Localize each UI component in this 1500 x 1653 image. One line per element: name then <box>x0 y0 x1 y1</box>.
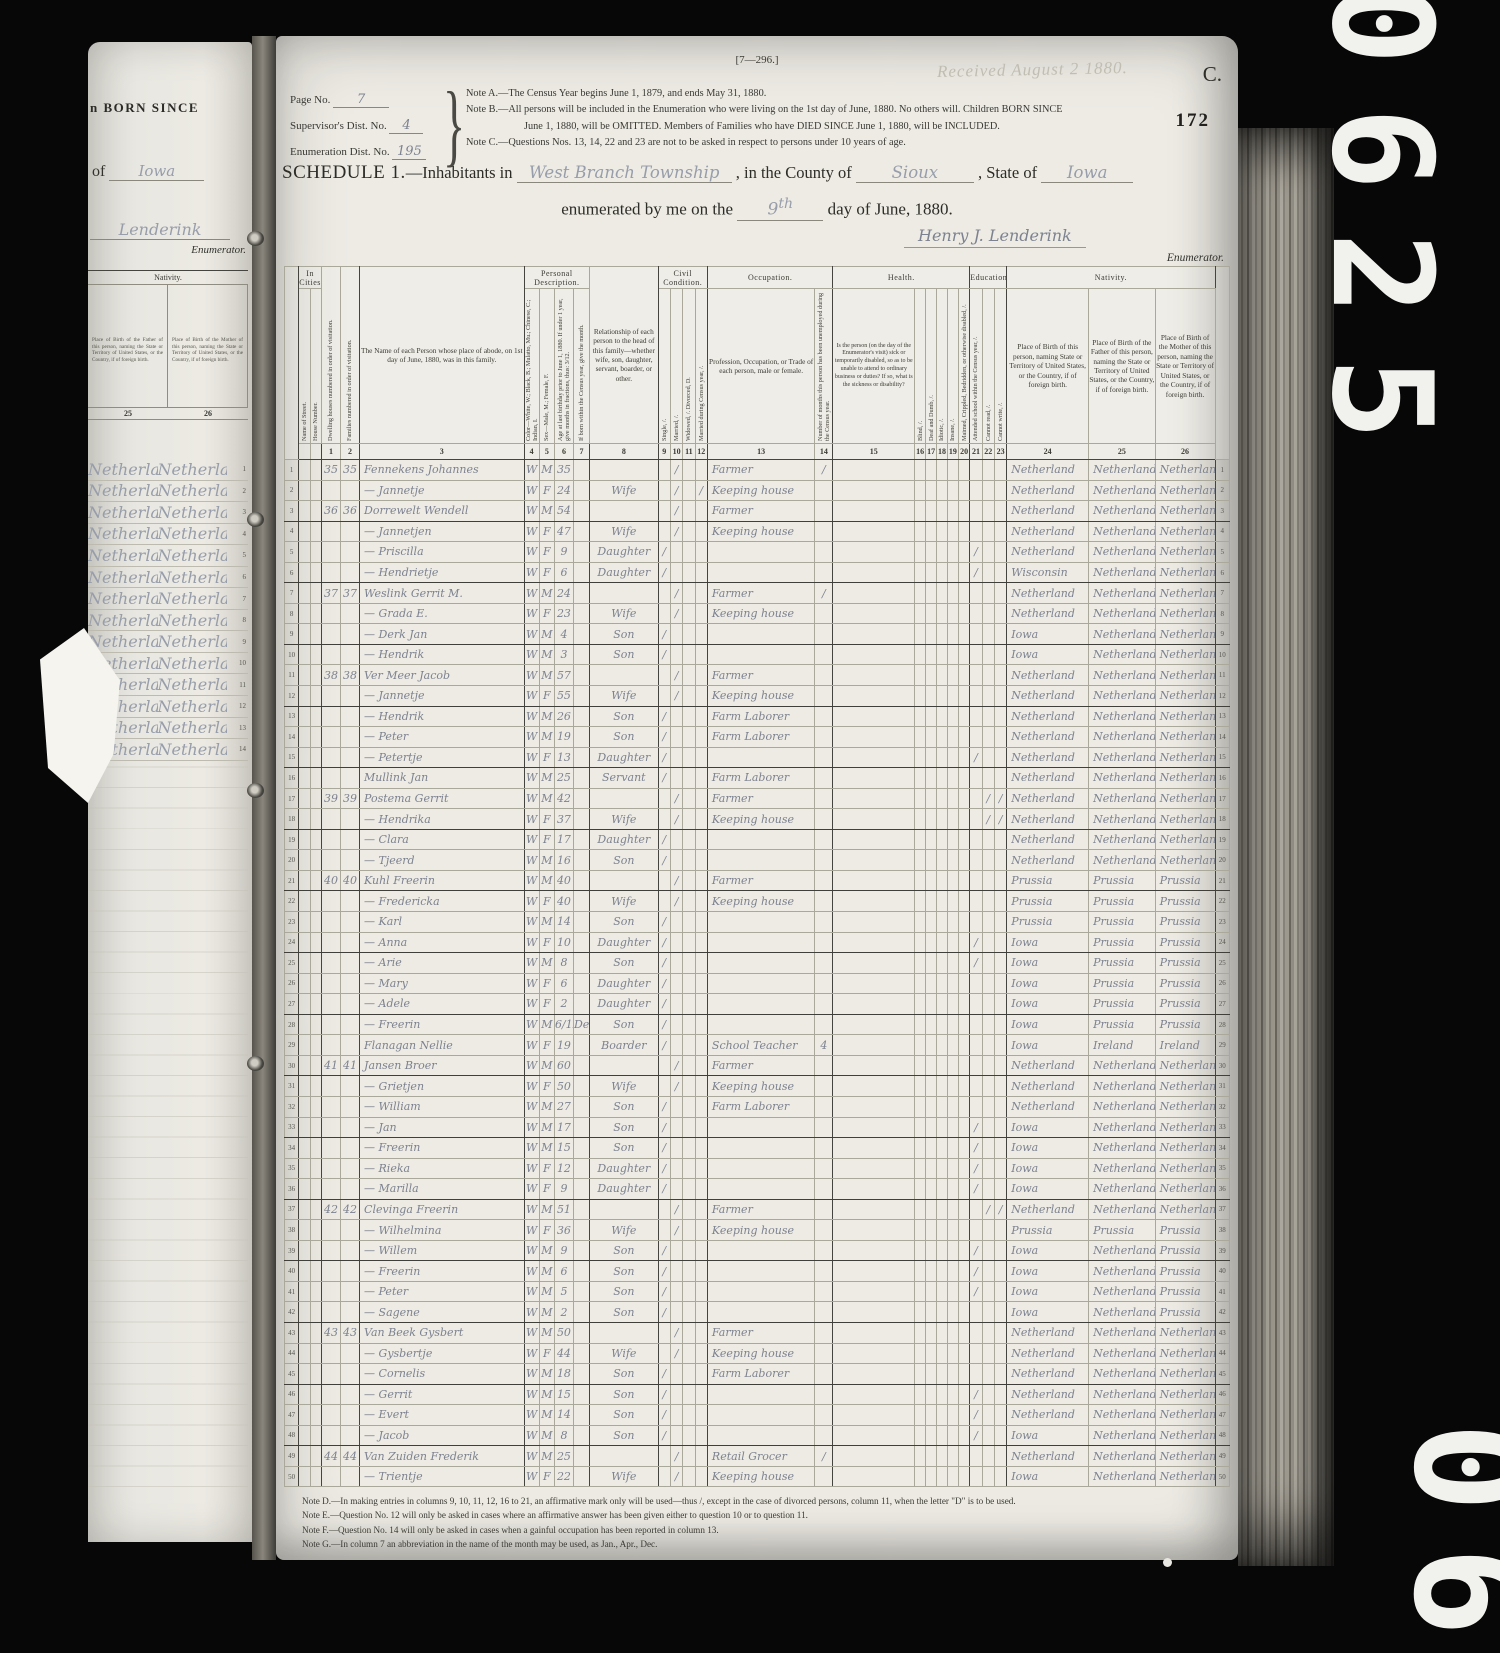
cell-rel: Son <box>590 1405 658 1426</box>
cell-natf: Netherland <box>1089 460 1156 481</box>
cell-c12 <box>695 501 707 522</box>
cell-natf: Netherland <box>1089 562 1156 583</box>
cell-c20 <box>958 1364 969 1385</box>
cell-natm: Netherland <box>1155 1096 1215 1117</box>
cell-sex: M <box>539 1117 554 1138</box>
cell-age: 16 <box>554 850 573 871</box>
cell-st <box>299 1240 310 1261</box>
cell-natm: Netherland <box>1155 1466 1215 1487</box>
cell-no: 27 <box>285 994 299 1015</box>
cell-dw <box>322 809 341 830</box>
cell-c18 <box>937 1055 948 1076</box>
cell-c14 <box>815 1384 833 1405</box>
cell-name: Weslink Gerrit M. <box>360 583 525 604</box>
cell-natf: Prussia <box>1089 1014 1156 1035</box>
cell-mo <box>573 870 589 891</box>
cell-nat: Netherland <box>1007 665 1089 686</box>
col23-header: Cannot write, /. <box>994 289 1006 444</box>
cell-fam <box>341 1261 360 1282</box>
cell-c10: / <box>670 480 682 501</box>
cell-c11 <box>683 1138 695 1159</box>
cell-mo <box>573 1466 589 1487</box>
cell-rel: Son <box>590 1096 658 1117</box>
cell-occ <box>707 1281 814 1302</box>
cell-c23 <box>994 1014 1006 1035</box>
cell-c22: / <box>982 788 994 809</box>
cell-c10: / <box>670 686 682 707</box>
cell-c18 <box>937 1466 948 1487</box>
cell-c23: / <box>994 1199 1006 1220</box>
cell-c14: / <box>815 583 833 604</box>
cell-c15 <box>833 1261 915 1282</box>
cell-c16 <box>915 1179 926 1200</box>
table-row: 6— HendrietjeWF6Daughter//WisconsinNethe… <box>285 562 1230 583</box>
cell-occ <box>707 1179 814 1200</box>
cell-c19 <box>947 1425 958 1446</box>
cell-c11 <box>683 1446 695 1467</box>
cell-c12 <box>695 1179 707 1200</box>
cell-c14 <box>815 1179 833 1200</box>
cell-rel: Wife <box>590 1220 658 1241</box>
row-number: 5 <box>227 551 248 559</box>
table-row: 18— HendrikaWF37Wife/Keeping house//Neth… <box>285 809 1230 830</box>
cell-c15 <box>833 1158 915 1179</box>
cell-nat: Iowa <box>1007 1425 1089 1446</box>
cell-c18 <box>937 1364 948 1385</box>
cell-c17 <box>926 1364 937 1385</box>
cell-c14 <box>815 480 833 501</box>
cell-age: 23 <box>554 603 573 624</box>
cell-c19 <box>947 542 958 563</box>
cell-no2: 29 <box>1215 1035 1230 1056</box>
cell-c22 <box>982 973 994 994</box>
cell-no: 39 <box>285 1240 299 1261</box>
cell-c10 <box>670 1014 682 1035</box>
cell-col: W <box>524 665 539 686</box>
cell-c12 <box>695 1322 707 1343</box>
cell-c21 <box>970 768 982 789</box>
cell-mo <box>573 1035 589 1056</box>
cell-age: 12 <box>554 1158 573 1179</box>
table-row: 45— CornelisWM18Son/Farm LaborerNetherla… <box>285 1364 1230 1385</box>
cell-no: 5 <box>285 542 299 563</box>
cell-age: 4 <box>554 624 573 645</box>
cell-col: W <box>524 1405 539 1426</box>
cell-c21 <box>970 1343 982 1364</box>
cell-age: 17 <box>554 829 573 850</box>
cell-age: 17 <box>554 1117 573 1138</box>
cell-c21: / <box>970 1240 982 1261</box>
cell-c19 <box>947 1055 958 1076</box>
cell-c15 <box>833 665 915 686</box>
cell-c14 <box>815 870 833 891</box>
cell-sex: M <box>539 1240 554 1261</box>
letter-c-stamp: C. <box>1203 62 1222 87</box>
cell-c16 <box>915 768 926 789</box>
cell-c11 <box>683 1322 695 1343</box>
cell-rel: Son <box>590 1261 658 1282</box>
group-health: Health. <box>833 267 970 289</box>
cell-c21 <box>970 912 982 933</box>
cell-c16 <box>915 788 926 809</box>
cell-c9 <box>658 501 670 522</box>
cell-c17 <box>926 480 937 501</box>
cell-age: 15 <box>554 1384 573 1405</box>
cell-c23 <box>994 932 1006 953</box>
cell-c9: / <box>658 973 670 994</box>
cell-hn <box>310 768 321 789</box>
cell-sex: F <box>539 829 554 850</box>
cell-c17 <box>926 973 937 994</box>
cell-c15 <box>833 1302 915 1323</box>
cell-rel: Daughter <box>590 747 658 768</box>
cell-c20 <box>958 1035 969 1056</box>
cell-c22 <box>982 665 994 686</box>
cell-c18 <box>937 1261 948 1282</box>
cell-nat: Iowa <box>1007 973 1089 994</box>
previous-page-fragment: n BORN SINCE of Iowa Lenderink Enumerato… <box>88 42 252 1542</box>
cell-c15 <box>833 1055 915 1076</box>
cell-c11 <box>683 912 695 933</box>
cell-rel: Wife <box>590 480 658 501</box>
cell-c9 <box>658 891 670 912</box>
cell-c17 <box>926 501 937 522</box>
cell-c12 <box>695 932 707 953</box>
cell-dw <box>322 1014 341 1035</box>
cell-natm: Prussia <box>1155 953 1215 974</box>
cell-c18 <box>937 870 948 891</box>
cell-col: W <box>524 1425 539 1446</box>
cell-father-birthplace: Netherland <box>88 568 158 587</box>
cell-c21 <box>970 994 982 1015</box>
cell-occ <box>707 1384 814 1405</box>
census-table-header: In Cities. Dwelling houses numbered in o… <box>285 267 1230 460</box>
cell-c22 <box>982 1446 994 1467</box>
cell-name: Van Zuiden Frederik <box>360 1446 525 1467</box>
cell-c15 <box>833 1240 915 1261</box>
cell-no: 46 <box>285 1384 299 1405</box>
cell-col: W <box>524 912 539 933</box>
cell-occ <box>707 624 814 645</box>
cell-c22 <box>982 1138 994 1159</box>
cell-c16 <box>915 953 926 974</box>
cell-c23 <box>994 501 1006 522</box>
cell-col: W <box>524 829 539 850</box>
cell-dw <box>322 603 341 624</box>
cell-c11 <box>683 973 695 994</box>
cell-sex: M <box>539 1425 554 1446</box>
cell-c9 <box>658 665 670 686</box>
cell-c18 <box>937 1014 948 1035</box>
cell-no2: 28 <box>1215 1014 1230 1035</box>
cell-hn <box>310 912 321 933</box>
cell-no2: 18 <box>1215 809 1230 830</box>
cell-no: 6 <box>285 562 299 583</box>
cell-dw <box>322 1281 341 1302</box>
cell-c20 <box>958 1055 969 1076</box>
cell-c19 <box>947 1302 958 1323</box>
cell-c18 <box>937 932 948 953</box>
col21-header: Attended school within the Census year, … <box>970 289 982 444</box>
cell-c17 <box>926 460 937 481</box>
cell-c23: / <box>994 788 1006 809</box>
cell-occ <box>707 850 814 871</box>
cell-age: 24 <box>554 480 573 501</box>
cell-st <box>299 1076 310 1097</box>
page-no-line: Page No. 7 <box>290 92 460 118</box>
table-row: 25— ArieWM8Son//IowaPrussiaPrussia25 <box>285 953 1230 974</box>
cell-c23 <box>994 562 1006 583</box>
cell-col: W <box>524 1466 539 1487</box>
cell-natf: Netherland <box>1089 583 1156 604</box>
cell-c19 <box>947 501 958 522</box>
cell-no: 18 <box>285 809 299 830</box>
cell-c10: / <box>670 583 682 604</box>
cell-c12 <box>695 768 707 789</box>
cell-c16 <box>915 973 926 994</box>
cell-c17 <box>926 870 937 891</box>
cell-c20 <box>958 1302 969 1323</box>
cell-c23 <box>994 1425 1006 1446</box>
cell-st <box>299 870 310 891</box>
cell-c19 <box>947 665 958 686</box>
cell-no: 43 <box>285 1322 299 1343</box>
cell-nat: Netherland <box>1007 829 1089 850</box>
cell-c19 <box>947 644 958 665</box>
enumerator-signature-fragment: Lenderink <box>90 220 230 240</box>
cell-fam <box>341 1220 360 1241</box>
cell-c21: / <box>970 542 982 563</box>
cell-c9 <box>658 1220 670 1241</box>
row-number: 6 <box>227 573 248 581</box>
cell-c16 <box>915 747 926 768</box>
cell-name: Flanagan Nellie <box>360 1035 525 1056</box>
cell-rel: Daughter <box>590 994 658 1015</box>
cell-c21 <box>970 501 982 522</box>
cell-c23 <box>994 1343 1006 1364</box>
table-row: 39— WillemWM9Son//IowaNetherlandPrussia3… <box>285 1240 1230 1261</box>
census-page: [7—296.] Received August 2 1880. C. 172 … <box>276 36 1238 1560</box>
cell-c19 <box>947 1158 958 1179</box>
cell-name: — Grada E. <box>360 603 525 624</box>
cell-c17 <box>926 624 937 645</box>
film-frame-number-bottom: 062 <box>1392 1422 1500 1653</box>
cell-age: 47 <box>554 521 573 542</box>
cell-rel: Son <box>590 953 658 974</box>
table-row: 2— JannetjeWF24Wife//Keeping houseNether… <box>285 480 1230 501</box>
cell-natf: Netherland <box>1089 1179 1156 1200</box>
cell-nat: Iowa <box>1007 624 1089 645</box>
cell-c17 <box>926 686 937 707</box>
cell-mo <box>573 480 589 501</box>
cell-rel: Son <box>590 1240 658 1261</box>
cell-c15 <box>833 1220 915 1241</box>
cell-c19 <box>947 829 958 850</box>
left-page-row: NetherlandNetherland3 <box>88 502 248 524</box>
cell-c10 <box>670 912 682 933</box>
cell-natf: Netherland <box>1089 1096 1156 1117</box>
cell-hn <box>310 1199 321 1220</box>
cell-c14 <box>815 768 833 789</box>
cell-c17 <box>926 809 937 830</box>
cell-rel: Son <box>590 1302 658 1323</box>
cell-c23 <box>994 624 1006 645</box>
cell-c20 <box>958 1446 969 1467</box>
cell-dw: 40 <box>322 870 341 891</box>
col2-header: Families numbered in order of visitation… <box>341 267 360 444</box>
cell-c18 <box>937 686 948 707</box>
cell-no2: 6 <box>1215 562 1230 583</box>
cell-fam: 42 <box>341 1199 360 1220</box>
cell-c18 <box>937 1096 948 1117</box>
cell-mother-birthplace: Netherland <box>158 481 228 500</box>
cell-c10 <box>670 542 682 563</box>
cell-c22 <box>982 1096 994 1117</box>
cell-col: W <box>524 1117 539 1138</box>
cell-c16 <box>915 460 926 481</box>
cell-st <box>299 1322 310 1343</box>
cell-mother-birthplace: Netherland <box>158 460 228 479</box>
cell-c14 <box>815 1014 833 1035</box>
table-row: 13535Fennekens JohannesWM35/Farmer/Nethe… <box>285 460 1230 481</box>
cell-c12 <box>695 809 707 830</box>
table-row: 31— GrietjenWF50Wife/Keeping houseNether… <box>285 1076 1230 1097</box>
cell-c18 <box>937 706 948 727</box>
cell-col: W <box>524 624 539 645</box>
cell-c21 <box>970 706 982 727</box>
cell-fam: 43 <box>341 1322 360 1343</box>
cell-hn <box>310 1384 321 1405</box>
census-scan: n BORN SINCE of Iowa Lenderink Enumerato… <box>0 0 1500 1653</box>
cell-c9 <box>658 460 670 481</box>
col26-header-left: Place of Birth of the Mother of this per… <box>168 285 248 407</box>
cell-c21: / <box>970 1425 982 1446</box>
cell-c19 <box>947 850 958 871</box>
cell-fam: 38 <box>341 665 360 686</box>
cell-c19 <box>947 1035 958 1056</box>
cell-name: — Willem <box>360 1240 525 1261</box>
cell-natm: Netherland <box>1155 1076 1215 1097</box>
cell-c23 <box>994 1446 1006 1467</box>
cell-c11 <box>683 583 695 604</box>
table-row: 214040Kuhl FreerinWM40/FarmerPrussiaPrus… <box>285 870 1230 891</box>
cell-no2: 5 <box>1215 542 1230 563</box>
cell-col: W <box>524 686 539 707</box>
col-number-25: 25 <box>88 408 168 419</box>
cell-c16 <box>915 1055 926 1076</box>
cell-c23 <box>994 1158 1006 1179</box>
cell-occ <box>707 1240 814 1261</box>
cell-c15 <box>833 542 915 563</box>
cell-sex: F <box>539 542 554 563</box>
cell-c10 <box>670 1364 682 1385</box>
cell-c23 <box>994 850 1006 871</box>
schedule-label: SCHEDULE 1. <box>282 162 406 183</box>
cell-col: W <box>524 1138 539 1159</box>
cell-c11 <box>683 1117 695 1138</box>
cell-c17 <box>926 665 937 686</box>
cell-natm: Netherland <box>1155 727 1215 748</box>
cell-c20 <box>958 686 969 707</box>
cell-hn <box>310 706 321 727</box>
cell-c16 <box>915 1220 926 1241</box>
cell-no2: 7 <box>1215 583 1230 604</box>
cell-sex: M <box>539 912 554 933</box>
cell-c12 <box>695 850 707 871</box>
cell-occ: Keeping house <box>707 1466 814 1487</box>
cell-st <box>299 1220 310 1241</box>
cell-c17 <box>926 768 937 789</box>
cell-c19 <box>947 1364 958 1385</box>
cell-no2: 22 <box>1215 891 1230 912</box>
cell-fam <box>341 644 360 665</box>
table-row: 28— FreerinWM6/12DecSon/IowaPrussiaPruss… <box>285 1014 1230 1035</box>
cell-c15 <box>833 953 915 974</box>
cell-age: 8 <box>554 1425 573 1446</box>
cell-sex: M <box>539 1261 554 1282</box>
cell-dw: 39 <box>322 788 341 809</box>
col7-header: If born within the Census year, give the… <box>573 289 589 444</box>
cell-c17 <box>926 1199 937 1220</box>
cell-c23 <box>994 1096 1006 1117</box>
cell-no2: 12 <box>1215 686 1230 707</box>
cell-no: 26 <box>285 973 299 994</box>
cell-c18 <box>937 747 948 768</box>
col-number-26: 26 <box>168 408 248 419</box>
note-d: Note D.—In making entries in columns 9, … <box>302 1494 1214 1508</box>
cell-no: 44 <box>285 1343 299 1364</box>
cell-c17 <box>926 932 937 953</box>
cell-c14 <box>815 1302 833 1323</box>
cell-mo <box>573 727 589 748</box>
cell-dw <box>322 891 341 912</box>
cell-c20 <box>958 1220 969 1241</box>
cell-st <box>299 1014 310 1035</box>
cell-mo <box>573 562 589 583</box>
cell-c18 <box>937 1384 948 1405</box>
cell-c21 <box>970 583 982 604</box>
cell-occ: Keeping house <box>707 686 814 707</box>
cell-c20 <box>958 912 969 933</box>
cell-natm: Netherland <box>1155 1055 1215 1076</box>
cell-name: — Evert <box>360 1405 525 1426</box>
row-number: 13 <box>227 724 248 732</box>
cell-no: 12 <box>285 686 299 707</box>
cell-age: 26 <box>554 706 573 727</box>
cell-natm: Prussia <box>1155 1302 1215 1323</box>
cell-c21 <box>970 1446 982 1467</box>
cell-age: 6/12 <box>554 1014 573 1035</box>
cell-hn <box>310 1281 321 1302</box>
cell-c20 <box>958 542 969 563</box>
cell-c11 <box>683 891 695 912</box>
cell-st <box>299 1035 310 1056</box>
cell-c14 <box>815 1138 833 1159</box>
cell-c20 <box>958 644 969 665</box>
cell-fam: 39 <box>341 788 360 809</box>
cell-mother-birthplace: Netherland <box>158 632 228 651</box>
cell-c17 <box>926 1281 937 1302</box>
cell-c11 <box>683 1302 695 1323</box>
cell-age: 36 <box>554 1220 573 1241</box>
cell-nat: Netherland <box>1007 1199 1089 1220</box>
cell-c19 <box>947 1384 958 1405</box>
cell-c18 <box>937 480 948 501</box>
table-row: 32— WilliamWM27Son/Farm LaborerNetherlan… <box>285 1096 1230 1117</box>
cell-c23 <box>994 665 1006 686</box>
cell-c9: / <box>658 1425 670 1446</box>
cell-c9: / <box>658 1405 670 1426</box>
